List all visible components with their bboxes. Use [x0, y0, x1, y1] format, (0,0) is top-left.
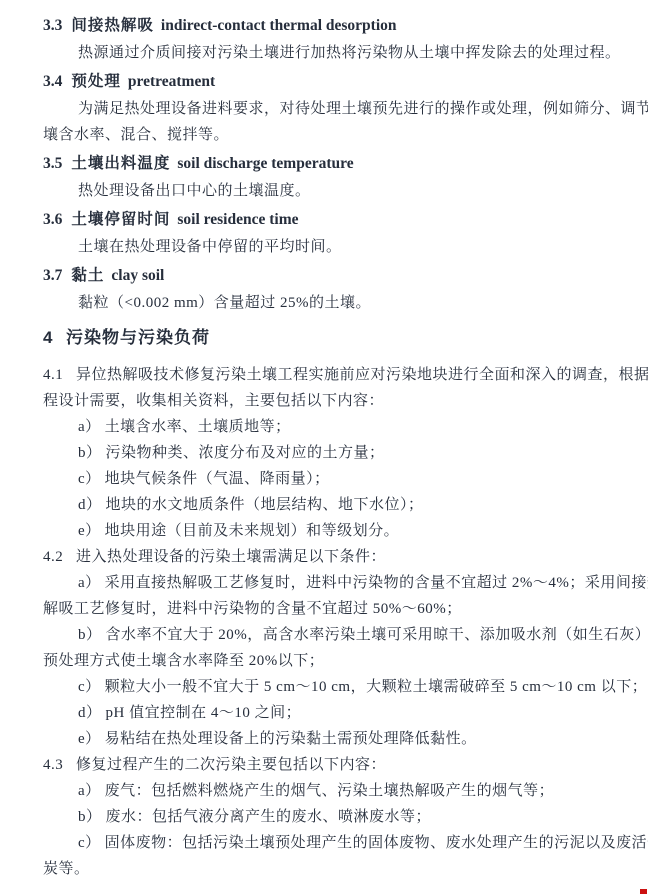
list-item: b）污染物种类、浓度分布及对应的土方量；	[43, 440, 614, 466]
item-text: pH 值宜控制在 4～10 之间；	[106, 705, 302, 721]
term-name-zh: 黏土	[71, 267, 104, 284]
term-heading-3-4: 3.4预处理pretreatment	[43, 69, 614, 95]
item-text: 含水率不宜大于 20%，高含水率污染土壤可采用晾干、添加吸水剂（如生石灰）等	[106, 627, 648, 643]
list-item: e）地块用途（目前及未来规划）和等级划分。	[43, 518, 614, 544]
clause-text: 修复过程产生的二次污染主要包括以下内容：	[76, 757, 386, 773]
term-number: 3.5	[43, 155, 62, 172]
item-text: 地块气候条件（气温、降雨量）；	[105, 471, 330, 487]
item-text: 易粘结在热处理设备上的污染黏土需预处理降低黏性。	[105, 731, 477, 747]
list-item: d）pH 值宜控制在 4～10 之间；	[43, 700, 614, 726]
term-heading-3-7: 3.7黏土clay soil	[43, 263, 614, 289]
term-definition: 为满足热处理设备进料要求，对待处理土壤预先进行的操作或处理，例如筛分、调节土	[43, 96, 614, 122]
term-name-en: clay soil	[111, 267, 164, 284]
term-name-zh: 预处理	[71, 73, 121, 90]
item-label: a）	[78, 783, 101, 799]
list-item: c）地块气候条件（气温、降雨量）；	[43, 466, 614, 492]
item-continuation: 解吸工艺修复时，进料中污染物的含量不宜超过 50%～60%；	[43, 596, 614, 622]
term-definition-continuation: 壤含水率、混合、搅拌等。	[43, 122, 614, 148]
term-number: 3.6	[43, 211, 62, 228]
term-name-en: pretreatment	[128, 73, 215, 90]
term-number: 3.3	[43, 17, 62, 34]
item-label: d）	[78, 705, 102, 721]
item-text: 地块的水文地质条件（地层结构、地下水位）；	[106, 497, 424, 513]
item-label: c）	[78, 835, 101, 851]
term-name-en: indirect-contact thermal desorption	[161, 17, 397, 34]
item-label: b）	[78, 627, 102, 643]
list-item: a）土壤含水率、土壤质地等；	[43, 414, 614, 440]
item-text: 土壤含水率、土壤质地等；	[105, 419, 291, 435]
term-definition: 热源通过介质间接对污染土壤进行加热将污染物从土壤中挥发除去的处理过程。	[43, 40, 614, 66]
clause-number: 4.3	[43, 752, 76, 778]
item-label: e）	[78, 731, 101, 747]
clause-text: 异位热解吸技术修复污染土壤工程实施前应对污染地块进行全面和深入的调查，根据工	[76, 367, 648, 383]
clause-continuation: 程设计需要，收集相关资料，主要包括以下内容：	[43, 388, 614, 414]
red-corner-mark	[640, 889, 647, 894]
section-title: 污染物与污染负荷	[66, 328, 210, 347]
list-item: a）采用直接热解吸工艺修复时，进料中污染物的含量不宜超过 2%～4%；采用间接热	[43, 570, 614, 596]
term-definition: 土壤在热处理设备中停留的平均时间。	[43, 234, 614, 260]
term-name-zh: 土壤出料温度	[71, 155, 170, 172]
item-continuation: 预处理方式使土壤含水率降至 20%以下；	[43, 648, 614, 674]
term-name-en: soil residence time	[177, 211, 298, 228]
clause-text: 进入热处理设备的污染土壤需满足以下条件：	[76, 549, 386, 565]
item-text: 固体废物：包括污染土壤预处理产生的固体废物、废水处理产生的污泥以及废活性	[105, 835, 648, 851]
clause-4-2: 4.2进入热处理设备的污染土壤需满足以下条件：	[43, 544, 614, 570]
item-text: 废水：包括气液分离产生的废水、喷淋废水等；	[106, 809, 432, 825]
term-heading-3-6: 3.6土壤停留时间soil residence time	[43, 207, 614, 233]
term-heading-3-3: 3.3间接热解吸indirect-contact thermal desorpt…	[43, 13, 614, 39]
list-item: d）地块的水文地质条件（地层结构、地下水位）；	[43, 492, 614, 518]
clause-4-3: 4.3修复过程产生的二次污染主要包括以下内容：	[43, 752, 614, 778]
item-label: a）	[78, 575, 101, 591]
section-number: 4	[43, 324, 66, 352]
clause-4-1: 4.1异位热解吸技术修复污染土壤工程实施前应对污染地块进行全面和深入的调查，根据…	[43, 362, 614, 388]
item-text: 废气：包括燃料燃烧产生的烟气、污染土壤热解吸产生的烟气等；	[105, 783, 555, 799]
item-label: a）	[78, 419, 101, 435]
document-page: 3.3间接热解吸indirect-contact thermal desorpt…	[0, 0, 648, 896]
term-definition: 黏粒（<0.002 mm）含量超过 25%的土壤。	[43, 290, 614, 316]
item-label: d）	[78, 497, 102, 513]
section-heading: 4污染物与污染负荷	[43, 324, 614, 352]
clause-number: 4.2	[43, 544, 76, 570]
term-definition: 热处理设备出口中心的土壤温度。	[43, 178, 614, 204]
item-text: 颗粒大小一般不宜大于 5 cm～10 cm，大颗粒土壤需破碎至 5 cm～10 …	[105, 679, 648, 695]
term-name-zh: 土壤停留时间	[71, 211, 170, 228]
item-label: b）	[78, 809, 102, 825]
item-label: b）	[78, 445, 102, 461]
term-number: 3.7	[43, 267, 62, 284]
clause-number: 4.1	[43, 362, 76, 388]
list-item: a）废气：包括燃料燃烧产生的烟气、污染土壤热解吸产生的烟气等；	[43, 778, 614, 804]
term-name-en: soil discharge temperature	[177, 155, 353, 172]
item-label: c）	[78, 679, 101, 695]
item-text: 污染物种类、浓度分布及对应的土方量；	[106, 445, 385, 461]
list-item: c）颗粒大小一般不宜大于 5 cm～10 cm，大颗粒土壤需破碎至 5 cm～1…	[43, 674, 614, 700]
term-number: 3.4	[43, 73, 62, 90]
item-label: e）	[78, 523, 101, 539]
item-continuation: 炭等。	[43, 856, 614, 882]
term-name-zh: 间接热解吸	[71, 17, 154, 34]
term-heading-3-5: 3.5土壤出料温度soil discharge temperature	[43, 151, 614, 177]
item-text: 采用直接热解吸工艺修复时，进料中污染物的含量不宜超过 2%～4%；采用间接热	[105, 575, 648, 591]
list-item: c）固体废物：包括污染土壤预处理产生的固体废物、废水处理产生的污泥以及废活性	[43, 830, 614, 856]
list-item: b）含水率不宜大于 20%，高含水率污染土壤可采用晾干、添加吸水剂（如生石灰）等	[43, 622, 614, 648]
list-item: b）废水：包括气液分离产生的废水、喷淋废水等；	[43, 804, 614, 830]
list-item: e）易粘结在热处理设备上的污染黏土需预处理降低黏性。	[43, 726, 614, 752]
item-label: c）	[78, 471, 101, 487]
item-text: 地块用途（目前及未来规划）和等级划分。	[105, 523, 400, 539]
